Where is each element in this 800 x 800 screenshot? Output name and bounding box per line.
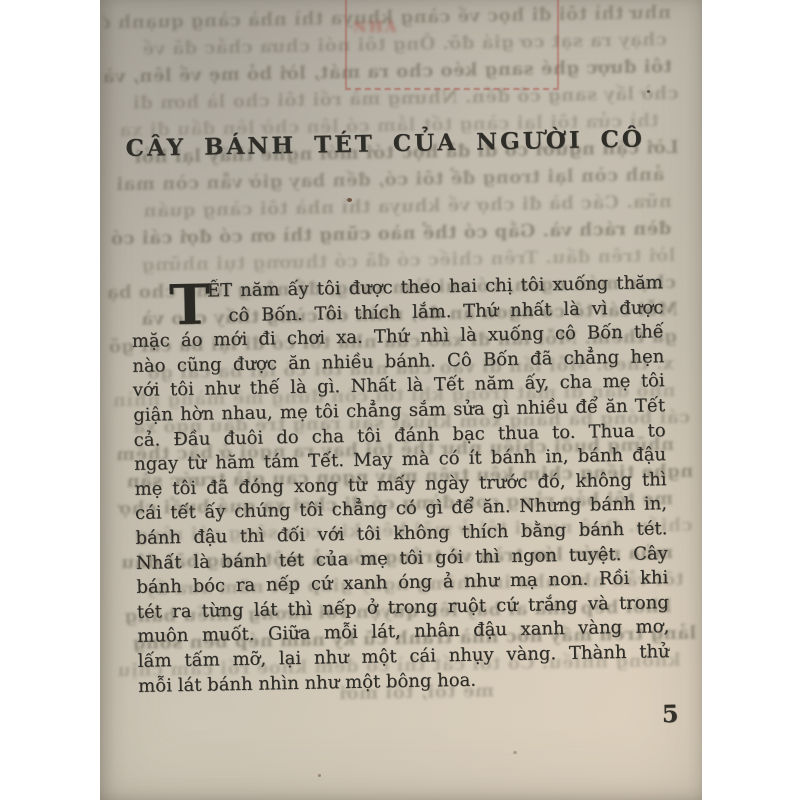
ink-speck [347,198,352,202]
ink-speck [513,751,517,754]
ink-speck [647,90,650,93]
page-number: 5 [662,699,679,728]
ink-speck [318,774,321,777]
drop-cap: T [169,276,211,332]
library-stamp-text: NHÀ [353,18,399,36]
page-content-layer: như thì tôi đi học về càng khuya thì nhà… [93,0,710,800]
book-page-photo: như thì tôi đi học về càng khuya thì nhà… [100,0,702,800]
body-paragraph: T ẾT năm ấy tôi được theo hai chị tôi xu… [131,271,671,699]
library-stamp: NHÀ [345,0,559,90]
